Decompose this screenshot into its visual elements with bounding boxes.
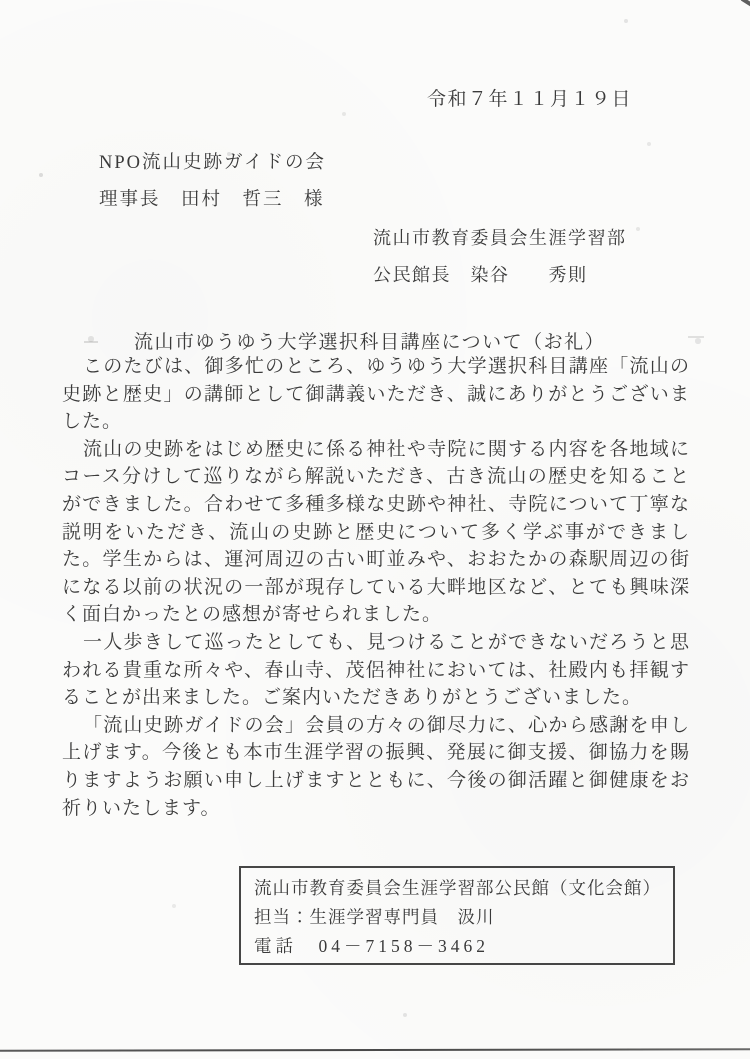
contact-staff: 担当：生涯学習専門員 汲川 xyxy=(254,903,665,932)
letter-subject: 流山市ゆうゆう大学選択科目講座について（お礼） xyxy=(134,327,605,354)
paragraph-4: 「流山史跡ガイドの会」会員の方々の御尽力に、心から感謝を申し上げます。今後とも本… xyxy=(62,712,690,822)
scan-page-edge-line xyxy=(0,1048,750,1052)
sender-block: 流山市教育委員会生涯学習部 公民館長 染谷 秀則 xyxy=(373,220,627,294)
sender-department: 流山市教育委員会生涯学習部 xyxy=(373,220,627,257)
contact-phone: 電話 04－7158－3462 xyxy=(254,932,665,961)
recipient-organization: NPO流山史跡ガイドの会 xyxy=(99,145,326,182)
paragraph-1: このたびは、御多忙のところ、ゆうゆう大学選択科目講座「流山の史跡と歴史」の講師と… xyxy=(62,353,690,436)
scan-streak-left xyxy=(84,341,98,343)
contact-info-box: 流山市教育委員会生涯学習部公民館（文化会館） 担当：生涯学習専門員 汲川 電話 … xyxy=(239,866,675,965)
paragraph-2: 流山の史跡をはじめ歴史に係る神社や寺院に関する内容を各地域にコース分けして巡りな… xyxy=(62,436,690,629)
scanned-letter-page: 令和７年１１月１９日 NPO流山史跡ガイドの会 理事長 田村 哲三 様 流山市教… xyxy=(0,0,750,1059)
scan-corner-artifact xyxy=(741,0,750,7)
scan-streak-right xyxy=(688,336,704,338)
sender-person: 公民館長 染谷 秀則 xyxy=(373,257,627,294)
letter-date: 令和７年１１月１９日 xyxy=(0,84,632,111)
recipient-block: NPO流山史跡ガイドの会 理事長 田村 哲三 様 xyxy=(99,145,326,219)
scan-speckles xyxy=(0,0,2,2)
recipient-person: 理事長 田村 哲三 様 xyxy=(99,182,326,219)
letter-body: このたびは、御多忙のところ、ゆうゆう大学選択科目講座「流山の史跡と歴史」の講師と… xyxy=(62,353,690,822)
paragraph-3: 一人歩きして巡ったとしても、見つけることができないだろうと思われる貴重な所々や、… xyxy=(62,629,690,712)
contact-office: 流山市教育委員会生涯学習部公民館（文化会館） xyxy=(254,874,665,903)
